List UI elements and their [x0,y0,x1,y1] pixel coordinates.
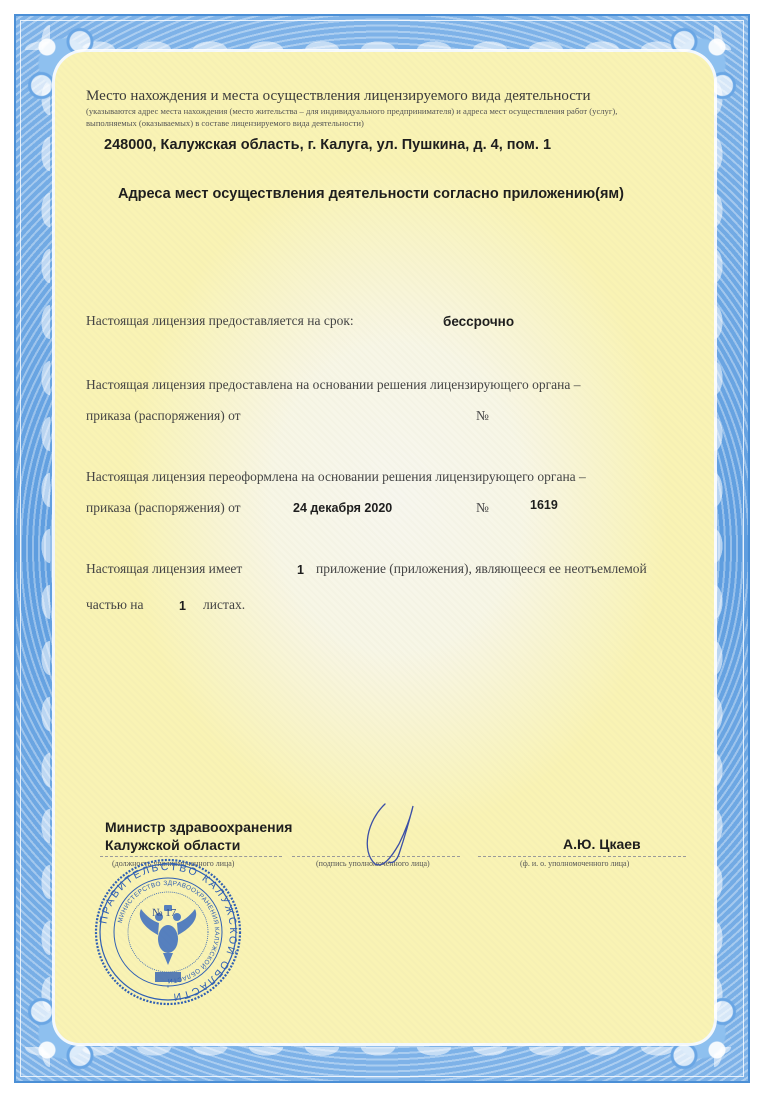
location-heading: Место нахождения и места осуществления л… [86,88,590,105]
granted-number-sign: № [476,408,489,424]
addresses-per-appendix: Адреса мест осуществления деятельности с… [118,186,624,202]
signatory-name: А.Ю. Цкаев [563,836,641,852]
appendices-line2-suffix: листах. [203,597,245,613]
reissued-order-number: 1619 [530,498,558,512]
granted-basis-line2: приказа (распоряжения) от [86,408,241,424]
svg-text:*: * [167,985,170,992]
seal-stamp-number: № 17 [152,907,176,919]
signatory-position: Министр здравоохранения Калужской област… [105,818,292,854]
legal-address: 248000, Калужская область, г. Калуга, ул… [104,137,551,153]
appendices-sheets: 1 [179,599,186,613]
location-note-line2: выполняемых (оказываемых) в составе лице… [86,118,364,128]
appendices-line2-prefix: частью на [86,597,144,613]
location-note-line1: (указываются адрес места нахождения (мес… [86,106,617,116]
handwritten-signature-icon [355,796,435,871]
term-value: бессрочно [443,314,514,329]
granted-basis-line1: Настоящая лицензия предоставлена на осно… [86,377,580,393]
official-seal-icon: ПРАВИТЕЛЬСТВО КАЛУЖСКОЙ ОБЛАСТИ МИНИСТЕР… [93,857,243,1007]
reissued-basis-line1: Настоящая лицензия переоформлена на осно… [86,469,586,485]
reissued-number-sign: № [476,500,489,516]
name-underline [478,856,686,857]
appendices-line1-suffix: приложение (приложения), являющееся ее н… [316,561,647,577]
reissued-basis-line2: приказа (распоряжения) от [86,500,241,516]
reissued-order-date: 24 декабря 2020 [293,501,392,515]
caption-name: (ф. и. о. уполномоченного лица) [520,859,629,868]
term-label: Настоящая лицензия предоставляется на ср… [86,313,354,329]
appendices-count: 1 [297,563,304,577]
appendices-line1-prefix: Настоящая лицензия имеет [86,561,242,577]
